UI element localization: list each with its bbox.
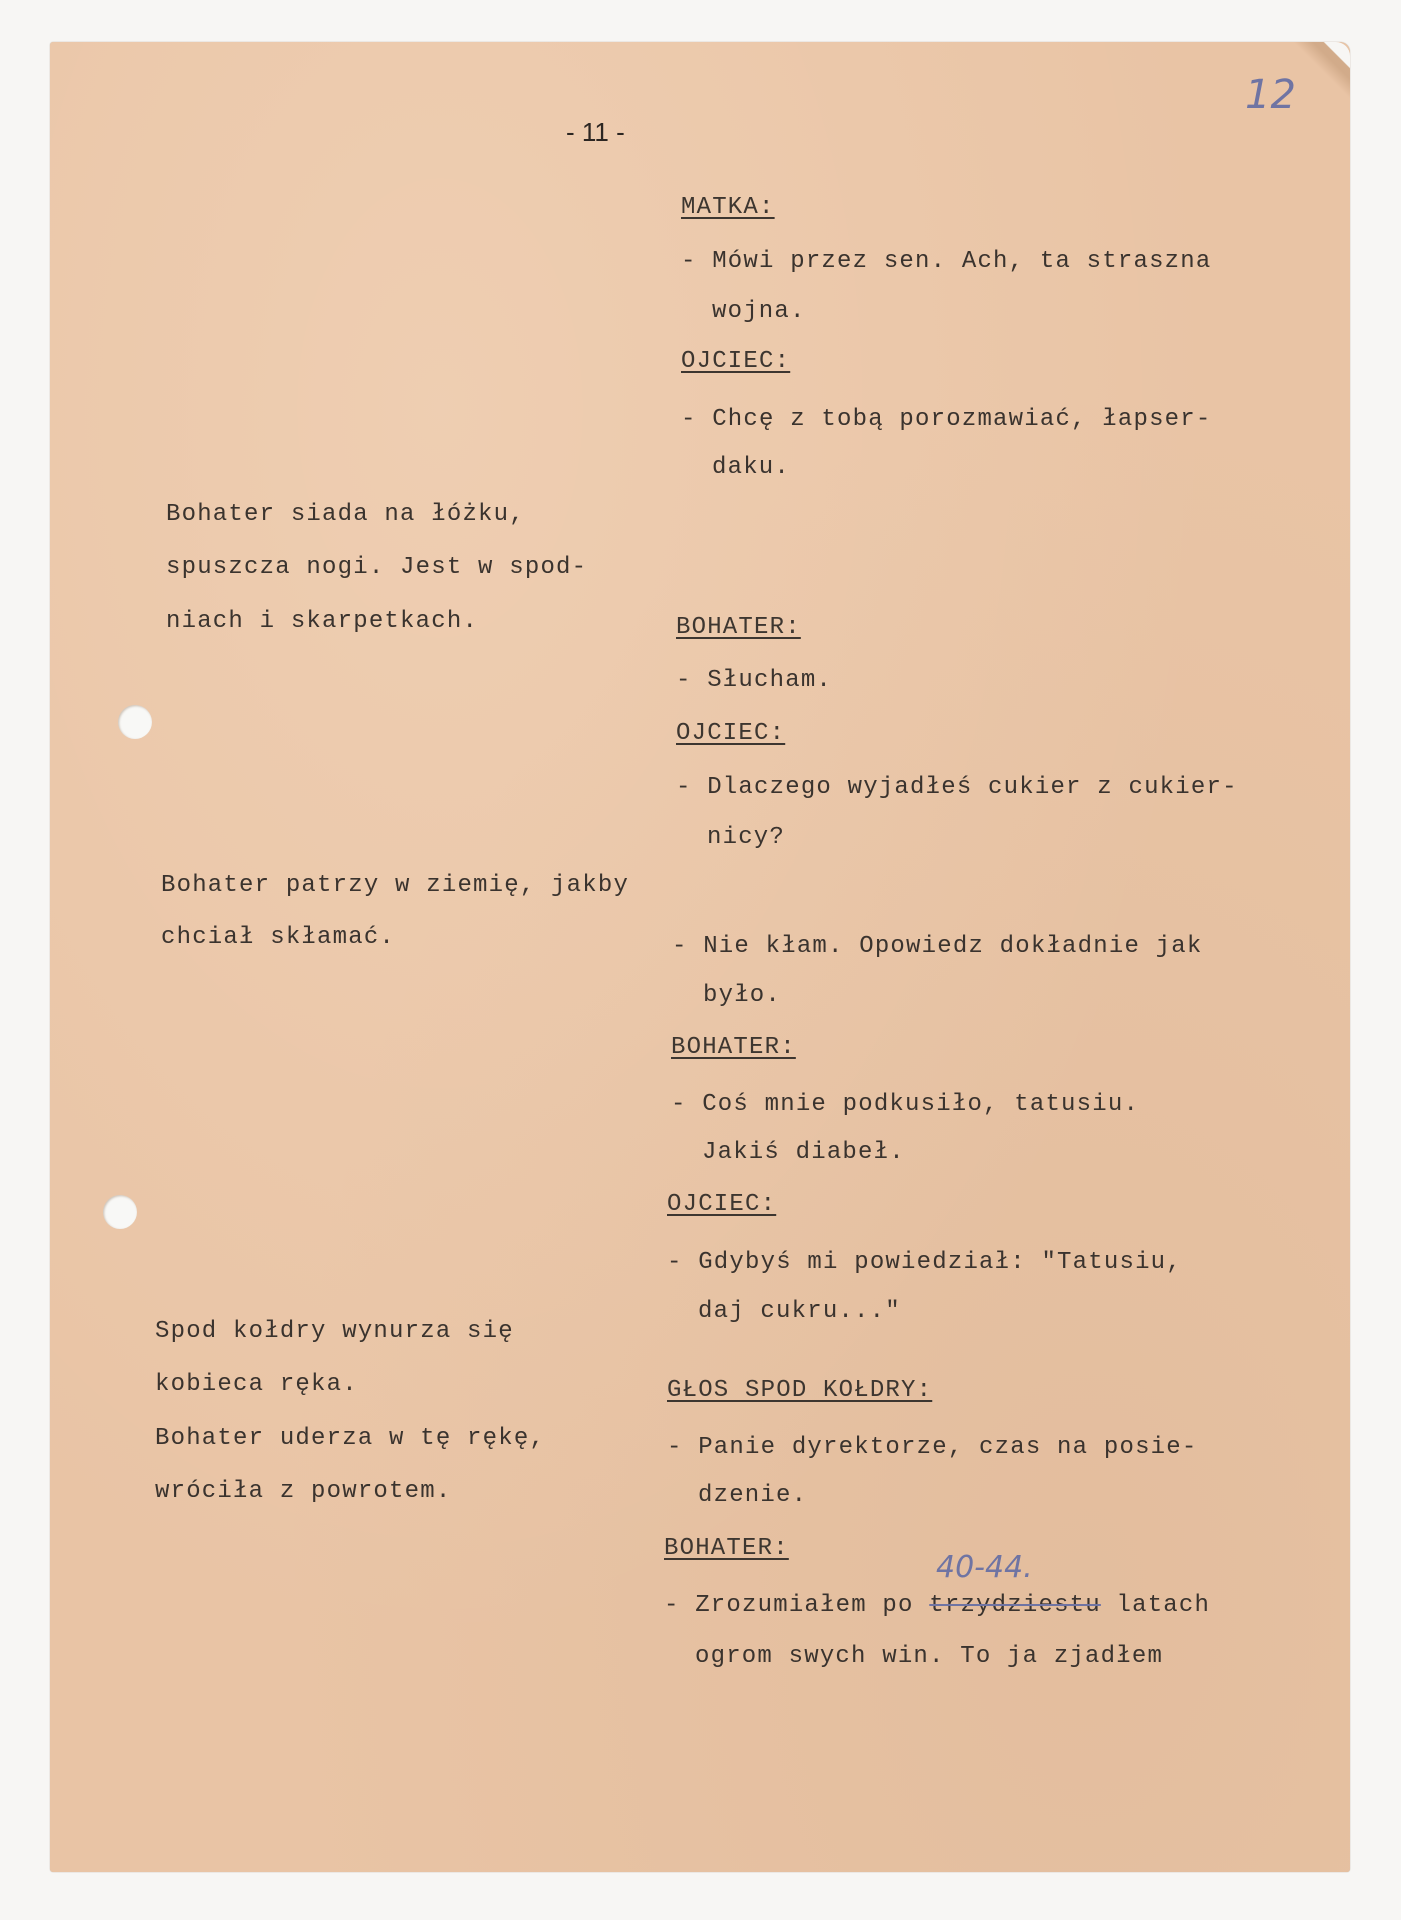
- dialogue-line: - Dlaczego wyjadłeś cukier z cukier-: [676, 774, 1238, 802]
- punch-hole: [118, 705, 152, 739]
- speaker-label: OJCIEC:: [676, 720, 785, 748]
- punch-hole: [103, 1195, 137, 1229]
- stage-direction: Bohater patrzy w ziemię, jakby: [161, 872, 629, 900]
- dialogue-line: Jakiś diabeł.: [702, 1139, 905, 1167]
- dialogue-line: - Gdybyś mi powiedział: "Tatusiu,: [667, 1249, 1182, 1277]
- speaker-label: GŁOS SPOD KOŁDRY:: [667, 1377, 932, 1405]
- stage-direction: wróciła z powrotem.: [155, 1478, 451, 1506]
- dialogue-line: było.: [703, 982, 781, 1010]
- speaker-label: BOHATER:: [676, 614, 801, 642]
- dialogue-line: - Słucham.: [676, 667, 832, 695]
- speaker-label: BOHATER:: [664, 1535, 789, 1563]
- dialogue-line: nicy?: [707, 824, 785, 852]
- dialogue-line: daj cukru...": [698, 1298, 901, 1326]
- handwritten-correction: 40-44.: [936, 1550, 1033, 1585]
- dialogue-line: daku.: [712, 454, 790, 482]
- text-segment: - Zrozumiałem po: [664, 1592, 929, 1619]
- speaker-label: MATKA:: [681, 194, 775, 222]
- document-page: - 11 - 12 MATKA: - Mówi przez sen. Ach, …: [50, 42, 1350, 1872]
- stage-direction: Bohater uderza w tę rękę,: [155, 1425, 545, 1453]
- speaker-label: OJCIEC:: [667, 1191, 776, 1219]
- dialogue-line: - Mówi przez sen. Ach, ta straszna: [681, 248, 1211, 276]
- text-segment: latach: [1101, 1592, 1210, 1619]
- dialogue-line: - Nie kłam. Opowiedz dokładnie jak: [672, 933, 1202, 961]
- dialogue-line: dzenie.: [698, 1482, 807, 1510]
- handwritten-page-number: 12: [1245, 72, 1296, 118]
- stage-direction: kobieca ręka.: [155, 1371, 358, 1399]
- dialogue-line: wojna.: [712, 298, 806, 326]
- struck-word: trzydziestu: [929, 1592, 1101, 1619]
- stage-direction: Bohater siada na łóżku,: [166, 501, 525, 529]
- page-number: - 11 -: [566, 118, 625, 146]
- dialogue-line: - Coś mnie podkusiło, tatusiu.: [671, 1091, 1139, 1119]
- stage-direction: Spod kołdry wynurza się: [155, 1318, 514, 1346]
- dialogue-line: - Chcę z tobą porozmawiać, łapser-: [681, 406, 1211, 434]
- speaker-label: BOHATER:: [671, 1034, 796, 1062]
- stage-direction: niach i skarpetkach.: [166, 608, 478, 636]
- dialogue-line: - Panie dyrektorze, czas na posie-: [667, 1434, 1197, 1462]
- stage-direction: spuszcza nogi. Jest w spod-: [166, 554, 587, 582]
- speaker-label: OJCIEC:: [681, 348, 790, 376]
- dialogue-line: - Zrozumiałem po trzydziestu latach: [664, 1592, 1210, 1620]
- dialogue-line: ogrom swych win. To ja zjadłem: [695, 1643, 1163, 1671]
- stage-direction: chciał skłamać.: [161, 924, 395, 952]
